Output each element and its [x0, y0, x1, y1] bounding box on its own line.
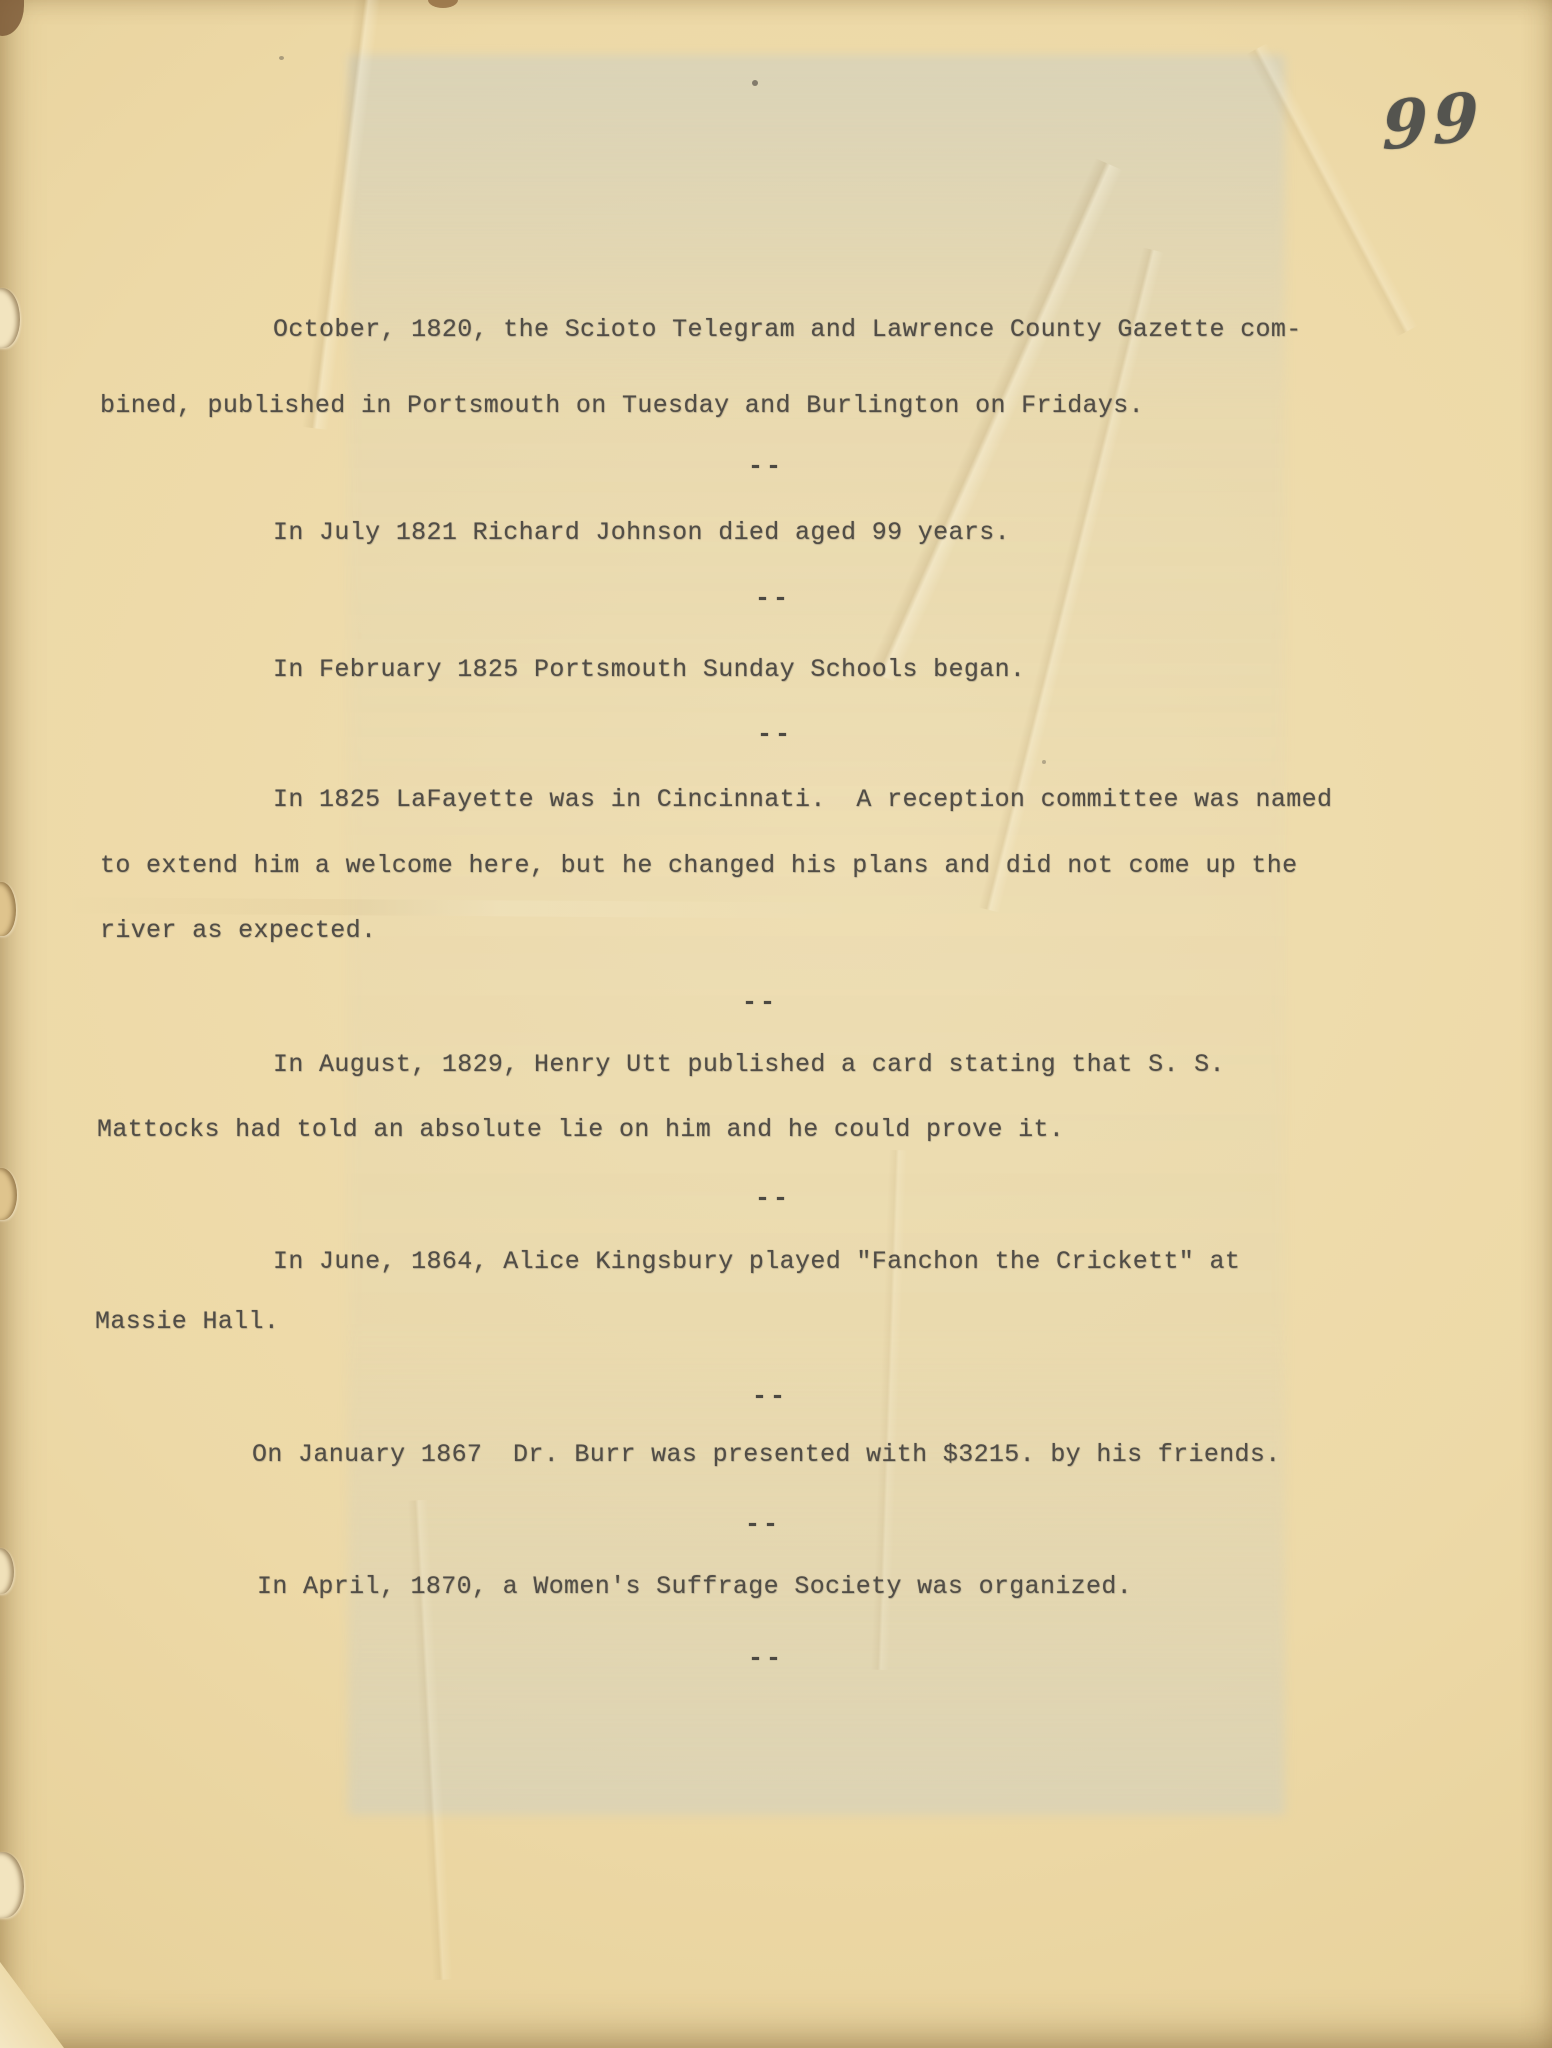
corner-curl	[0, 1962, 64, 2048]
typed-line-1825-schools: In February 1825 Portsmouth Sunday Schoo…	[273, 656, 1025, 685]
typed-line-1825-lafayette-1: In 1825 LaFayette was in Cincinnati. A r…	[273, 786, 1332, 815]
edge-chip	[428, 0, 458, 8]
typed-line-1867-burr: On January 1867 Dr. Burr was presented w…	[252, 1441, 1281, 1470]
separator-dashes: --	[752, 1382, 788, 1411]
typed-line-1820-published: bined, published in Portsmouth on Tuesda…	[100, 392, 1144, 421]
page-number: 99	[1382, 76, 1483, 165]
separator-dashes: --	[742, 988, 778, 1017]
typed-line-1829-utt-2: Mattocks had told an absolute lie on him…	[97, 1116, 1064, 1145]
typed-line-1825-lafayette-3: river as expected.	[100, 917, 376, 946]
typed-line-1829-utt-1: In August, 1829, Henry Utt published a c…	[273, 1051, 1225, 1080]
paper-tear	[0, 1548, 14, 1594]
typed-line-1864-kingsbury-1: In June, 1864, Alice Kingsbury played "F…	[273, 1248, 1240, 1277]
typed-line-1864-kingsbury-2: Massie Hall.	[95, 1308, 279, 1337]
separator-dashes: --	[748, 452, 784, 481]
typed-line-1820-combined: October, 1820, the Scioto Telegram and L…	[273, 316, 1302, 345]
separator-dashes: --	[755, 584, 791, 613]
paper-tear	[0, 288, 20, 348]
paper-speck	[752, 80, 758, 86]
separator-dashes: --	[757, 720, 793, 749]
separator-dashes: --	[755, 1184, 791, 1213]
paper-tear	[0, 1852, 24, 1918]
paper-tear	[0, 1168, 17, 1220]
paper-speck	[1042, 760, 1046, 764]
paper-speck	[279, 56, 284, 60]
paper-tear	[0, 882, 16, 936]
typed-line-1870-suffrage: In April, 1870, a Women's Suffrage Socie…	[257, 1573, 1132, 1602]
separator-dashes: --	[748, 1644, 784, 1673]
separator-dashes: --	[745, 1510, 781, 1539]
typed-line-1825-lafayette-2: to extend him a welcome here, but he cha…	[100, 852, 1298, 881]
corner-chip	[0, 0, 24, 36]
scanned-document-page: 99 October, 1820, the Scioto Telegram an…	[0, 0, 1552, 2048]
typed-line-1821-johnson: In July 1821 Richard Johnson died aged 9…	[273, 519, 1010, 548]
